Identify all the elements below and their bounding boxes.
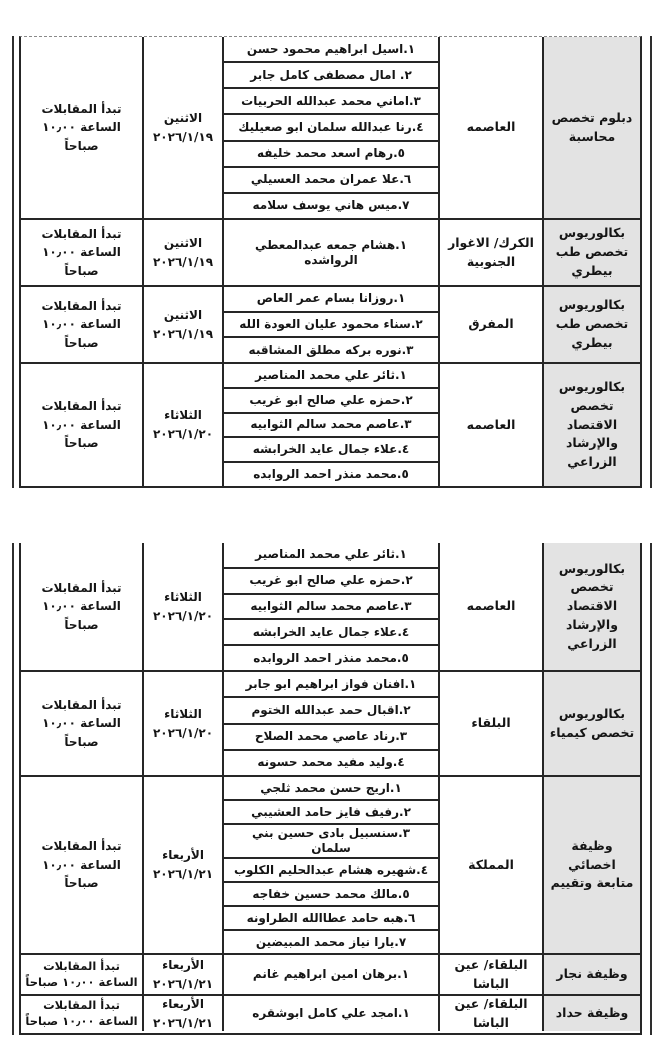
time-line1: تبدأ المقابلات bbox=[41, 225, 121, 244]
specialty-label: بكالوريوس تخصص طب بيطري bbox=[549, 296, 635, 352]
names-cell: ١.اسيل ابراهيم محمود حسن ٢. امال مصطفى ك… bbox=[224, 37, 440, 218]
time-line2: الساعة ١٠٫٠٠ صباحاً bbox=[25, 1014, 137, 1030]
date-value: ٢٠٢٦/١/١٩ bbox=[153, 253, 213, 272]
interview-schedule-table-1: دبلوم تخصص محاسبة العاصمه ١.اسيل ابراهيم… bbox=[19, 36, 642, 488]
candidate-name: ٢.حمزه علي صالح ابو غريب bbox=[224, 567, 438, 593]
date-cell: الاثنين ٢٠٢٦/١/١٩ bbox=[144, 287, 224, 362]
time-line1: تبدأ المقابلات bbox=[41, 397, 121, 416]
location-label: العاصمه bbox=[467, 118, 516, 137]
names-cell: ١.افنان فواز ابراهيم ابو جابر ٢.اقبال حم… bbox=[224, 672, 440, 775]
date-cell: الأربعاء ٢٠٢٦/١/٢١ bbox=[144, 955, 224, 994]
candidate-name: ٦.علا عمران محمد العسيلي bbox=[224, 166, 438, 192]
scanned-schedule-page: { "colors": { "border": "#262626", "shad… bbox=[0, 0, 668, 1041]
location-label: الكرك/ الاغوار الجنوبية bbox=[446, 234, 536, 272]
names-cell: ١.امجد علي كامل ابوشقره bbox=[224, 996, 440, 1031]
specialty-label: بكالوريوس تخصص طب بيطري bbox=[549, 224, 635, 280]
names-cell: ١.اريج حسن محمد ثلجي ٢.رفيف فايز حامد ال… bbox=[224, 777, 440, 953]
candidate-name: ٣.اماني محمد عبدالله الحربيات bbox=[224, 87, 438, 113]
specialty-label: وظيفة نجار bbox=[556, 965, 627, 984]
location-cell: المملكة bbox=[440, 777, 544, 953]
names-cell: ١.ثائر علي محمد المناصير ٢.حمزه علي صالح… bbox=[224, 543, 440, 670]
location-label: العاصمه bbox=[467, 597, 516, 616]
candidate-name: ٣.سنسبيل بادى حسين بني سلمان bbox=[224, 823, 438, 857]
names-cell: ١.هشام جمعه عبدالمعطي الرواشده bbox=[224, 220, 440, 285]
page-frame-right-top bbox=[650, 36, 652, 488]
specialty-label: بكالوريوس تخصص كيمياء bbox=[549, 705, 635, 743]
date-value: ٢٠٢٦/١/٢١ bbox=[153, 865, 213, 884]
date-cell: الاثنين ٢٠٢٦/١/١٩ bbox=[144, 37, 224, 218]
table-row: دبلوم تخصص محاسبة العاصمه ١.اسيل ابراهيم… bbox=[21, 37, 640, 218]
candidate-name: ١.هشام جمعه عبدالمعطي الرواشده bbox=[224, 220, 438, 285]
candidate-name: ٧.يارا نياز محمد المبيضين bbox=[224, 929, 438, 953]
specialty-cell: بكالوريوس تخصص طب بيطري bbox=[544, 220, 640, 285]
location-label: المفرق bbox=[468, 315, 513, 334]
time-cell: تبدأ المقابلات الساعة ١٠٫٠٠ صباحاً bbox=[21, 996, 144, 1031]
candidate-name: ١.اريج حسن محمد ثلجي bbox=[224, 777, 438, 799]
date-value: ٢٠٢٦/١/١٩ bbox=[153, 325, 213, 344]
candidate-name: ٥.محمد منذر احمد الروابده bbox=[224, 644, 438, 670]
day-label: الاثنين bbox=[164, 109, 202, 128]
day-label: الاثنين bbox=[164, 306, 202, 325]
time-line1: تبدأ المقابلات bbox=[43, 998, 120, 1014]
time-line1: تبدأ المقابلات bbox=[43, 959, 120, 975]
location-cell: المفرق bbox=[440, 287, 544, 362]
candidate-name: ٤.علاء جمال عايد الخرابشه bbox=[224, 436, 438, 461]
page-frame-left-top bbox=[12, 36, 14, 488]
date-cell: الثلاثاء ٢٠٢٦/١/٢٠ bbox=[144, 672, 224, 775]
candidate-name: ٤.وليد مفيد محمد حسونه bbox=[224, 749, 438, 775]
time-line2: الساعة ١٠٫٠٠ صباحاً bbox=[25, 856, 138, 893]
candidate-name: ٣.عاصم محمد سالم الثوابيه bbox=[224, 412, 438, 437]
time-line2: الساعة ١٠٫٠٠ صباحاً bbox=[25, 714, 138, 751]
specialty-cell: وظيفة نجار bbox=[544, 955, 640, 994]
time-line2: الساعة ١٠٫٠٠ صباحاً bbox=[25, 243, 138, 280]
page-frame-right-bottom bbox=[650, 543, 652, 1035]
time-line1: تبدأ المقابلات bbox=[41, 696, 121, 715]
candidate-name: ٥.محمد منذر احمد الروابده bbox=[224, 461, 438, 486]
date-value: ٢٠٢٦/١/٢٠ bbox=[153, 425, 213, 444]
date-cell: الثلاثاء ٢٠٢٦/١/٢٠ bbox=[144, 364, 224, 486]
candidate-name: ٤.شهيره هشام عبدالحليم الكلوب bbox=[224, 857, 438, 881]
specialty-cell: بكالوريوس تخصص الاقتصاد والإرشاد الزراعي bbox=[544, 543, 640, 670]
candidate-name: ٤.رنا عبدالله سلمان ابو صعيليك bbox=[224, 113, 438, 139]
date-value: ٢٠٢٦/١/٢١ bbox=[153, 975, 213, 994]
specialty-label: بكالوريوس تخصص الاقتصاد والإرشاد الزراعي bbox=[549, 378, 635, 472]
candidate-name: ٢.اقبال حمد عبدالله الختوم bbox=[224, 696, 438, 722]
location-cell: العاصمه bbox=[440, 37, 544, 218]
candidate-name: ٢.سناء محمود عليان العودة الله bbox=[224, 311, 438, 337]
candidate-name: ٧.ميس هاني يوسف سلامه bbox=[224, 192, 438, 218]
candidate-name: ١.ثائر علي محمد المناصير bbox=[224, 364, 438, 387]
candidate-name: ٣.نوره بركه مطلق المشاقبه bbox=[224, 336, 438, 362]
specialty-label: بكالوريوس تخصص الاقتصاد والإرشاد الزراعي bbox=[549, 560, 635, 654]
time-cell: تبدأ المقابلات الساعة ١٠٫٠٠ صباحاً bbox=[21, 672, 144, 775]
candidate-name: ١.روزانا بسام عمر العاص bbox=[224, 287, 438, 311]
location-label: البلقاء/ عين الباشا bbox=[446, 996, 536, 1031]
table-row: بكالوريوس تخصص طب بيطري الكرك/ الاغوار ا… bbox=[21, 218, 640, 285]
names-cell: ١.برهان امين ابراهيم غانم bbox=[224, 955, 440, 994]
time-cell: تبدأ المقابلات الساعة ١٠٫٠٠ صباحاً bbox=[21, 37, 144, 218]
names-cell: ١.ثائر علي محمد المناصير ٢.حمزه علي صالح… bbox=[224, 364, 440, 486]
day-label: الأربعاء bbox=[162, 996, 204, 1014]
location-cell: العاصمه bbox=[440, 543, 544, 670]
location-cell: الكرك/ الاغوار الجنوبية bbox=[440, 220, 544, 285]
location-cell: البلقاء/ عين الباشا bbox=[440, 955, 544, 994]
day-label: الثلاثاء bbox=[164, 705, 202, 724]
time-line2: الساعة ١٠٫٠٠ صباحاً bbox=[25, 975, 137, 991]
candidate-name: ٢.حمزه علي صالح ابو غريب bbox=[224, 387, 438, 412]
location-label: البلقاء bbox=[471, 714, 510, 733]
day-label: الاثنين bbox=[164, 234, 202, 253]
specialty-cell: بكالوريوس تخصص الاقتصاد والإرشاد الزراعي bbox=[544, 364, 640, 486]
specialty-cell: وظيفة حداد bbox=[544, 996, 640, 1031]
date-value: ٢٠٢٦/١/١٩ bbox=[153, 128, 213, 147]
time-cell: تبدأ المقابلات الساعة ١٠٫٠٠ صباحاً bbox=[21, 955, 144, 994]
table-row: وظيفة اخصائي متابعة وتقييم المملكة ١.اري… bbox=[21, 775, 640, 953]
candidate-name: ١.افنان فواز ابراهيم ابو جابر bbox=[224, 672, 438, 696]
time-line2: الساعة ١٠٫٠٠ صباحاً bbox=[25, 416, 138, 453]
candidate-name: ٤.علاء جمال عايد الخرابشه bbox=[224, 618, 438, 644]
table-row: بكالوريوس تخصص الاقتصاد والإرشاد الزراعي… bbox=[21, 543, 640, 670]
location-cell: البلقاء/ عين الباشا bbox=[440, 996, 544, 1031]
table-row: بكالوريوس تخصص الاقتصاد والإرشاد الزراعي… bbox=[21, 362, 640, 486]
candidate-name: ٢.رفيف فايز حامد العشيبي bbox=[224, 799, 438, 823]
table-row: وظيفة نجار البلقاء/ عين الباشا ١.برهان ا… bbox=[21, 953, 640, 994]
specialty-label: وظيفة اخصائي متابعة وتقييم bbox=[549, 837, 635, 893]
specialty-cell: بكالوريوس تخصص كيمياء bbox=[544, 672, 640, 775]
time-cell: تبدأ المقابلات الساعة ١٠٫٠٠ صباحاً bbox=[21, 543, 144, 670]
location-cell: البلقاء bbox=[440, 672, 544, 775]
interview-schedule-table-2: بكالوريوس تخصص الاقتصاد والإرشاد الزراعي… bbox=[19, 543, 642, 1035]
time-line1: تبدأ المقابلات bbox=[41, 100, 121, 119]
candidate-name: ٣.عاصم محمد سالم الثوابيه bbox=[224, 593, 438, 619]
time-line1: تبدأ المقابلات bbox=[41, 837, 121, 856]
location-label: المملكة bbox=[468, 856, 514, 875]
time-cell: تبدأ المقابلات الساعة ١٠٫٠٠ صباحاً bbox=[21, 364, 144, 486]
date-cell: الأربعاء ٢٠٢٦/١/٢١ bbox=[144, 777, 224, 953]
time-line1: تبدأ المقابلات bbox=[41, 297, 121, 316]
specialty-cell: وظيفة اخصائي متابعة وتقييم bbox=[544, 777, 640, 953]
date-cell: الأربعاء ٢٠٢٦/١/٢١ bbox=[144, 996, 224, 1031]
time-cell: تبدأ المقابلات الساعة ١٠٫٠٠ صباحاً bbox=[21, 777, 144, 953]
time-line2: الساعة ١٠٫٠٠ صباحاً bbox=[25, 597, 138, 634]
candidate-name: ٥.رهام اسعد محمد خليفه bbox=[224, 140, 438, 166]
candidate-name: ٥.مالك محمد حسين خفاجه bbox=[224, 881, 438, 905]
candidate-name: ٦.هبه حامد عطاالله الطراونه bbox=[224, 905, 438, 929]
location-cell: العاصمه bbox=[440, 364, 544, 486]
candidate-name: ٣.رناد عاصي محمد الصلاح bbox=[224, 723, 438, 749]
candidate-name: ١.ثائر علي محمد المناصير bbox=[224, 543, 438, 567]
specialty-cell: بكالوريوس تخصص طب بيطري bbox=[544, 287, 640, 362]
candidate-name: ١.امجد علي كامل ابوشقره bbox=[224, 996, 438, 1031]
time-cell: تبدأ المقابلات الساعة ١٠٫٠٠ صباحاً bbox=[21, 220, 144, 285]
specialty-label: دبلوم تخصص محاسبة bbox=[549, 109, 635, 147]
time-line2: الساعة ١٠٫٠٠ صباحاً bbox=[25, 315, 138, 352]
specialty-label: وظيفة حداد bbox=[556, 1004, 629, 1023]
day-label: الثلاثاء bbox=[164, 588, 202, 607]
table-row: وظيفة حداد البلقاء/ عين الباشا ١.امجد عل… bbox=[21, 994, 640, 1031]
time-line1: تبدأ المقابلات bbox=[41, 579, 121, 598]
time-cell: تبدأ المقابلات الساعة ١٠٫٠٠ صباحاً bbox=[21, 287, 144, 362]
page-frame-left-bottom bbox=[12, 543, 14, 1035]
candidate-name: ١.برهان امين ابراهيم غانم bbox=[224, 955, 438, 994]
names-cell: ١.روزانا بسام عمر العاص ٢.سناء محمود علي… bbox=[224, 287, 440, 362]
date-value: ٢٠٢٦/١/٢٠ bbox=[153, 724, 213, 743]
date-cell: الثلاثاء ٢٠٢٦/١/٢٠ bbox=[144, 543, 224, 670]
time-line2: الساعة ١٠٫٠٠ صباحاً bbox=[25, 118, 138, 155]
table-row: بكالوريوس تخصص كيمياء البلقاء ١.افنان فو… bbox=[21, 670, 640, 775]
day-label: الثلاثاء bbox=[164, 406, 202, 425]
table-row: بكالوريوس تخصص طب بيطري المفرق ١.روزانا … bbox=[21, 285, 640, 362]
candidate-name: ٢. امال مصطفى كامل جابر bbox=[224, 61, 438, 87]
date-cell: الاثنين ٢٠٢٦/١/١٩ bbox=[144, 220, 224, 285]
day-label: الأربعاء bbox=[162, 846, 204, 865]
date-value: ٢٠٢٦/١/٢٠ bbox=[153, 607, 213, 626]
date-value: ٢٠٢٦/١/٢١ bbox=[153, 1014, 213, 1032]
specialty-cell: دبلوم تخصص محاسبة bbox=[544, 37, 640, 218]
candidate-name: ١.اسيل ابراهيم محمود حسن bbox=[224, 37, 438, 61]
location-label: العاصمه bbox=[467, 416, 516, 435]
location-label: البلقاء/ عين الباشا bbox=[446, 956, 536, 994]
day-label: الأربعاء bbox=[162, 956, 204, 975]
